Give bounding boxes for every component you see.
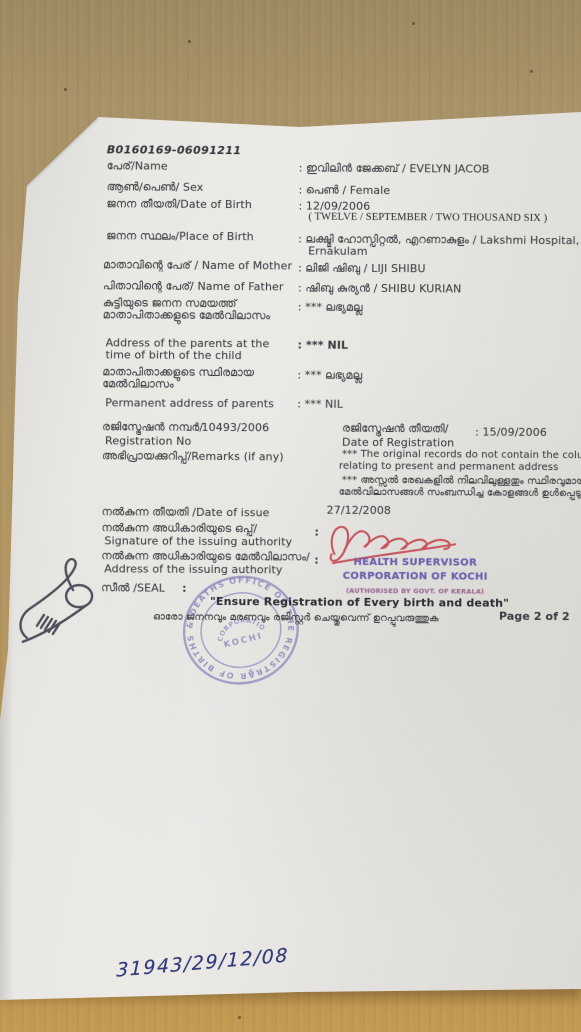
stamp-line2: CORPORATION OF KOCHI bbox=[339, 570, 491, 585]
addr-birth-ml-label-2: മാതാപിതാക്കളുടെ മേൽവിലാസം bbox=[103, 308, 270, 323]
name-value: : ഇവിലിൻ ജേക്കബ് / EVELYN JACOB bbox=[299, 161, 490, 176]
certificate-content: B0160169-06091211 പേര്/Name : ഇവിലിൻ ജേക… bbox=[0, 0, 581, 1032]
page-indicator: Page 2 of 2 bbox=[499, 610, 570, 623]
issue-date-label: നൽകുന്ന തീയതി /Date of issue bbox=[102, 505, 270, 520]
remarks-en-line1: *** The original records do not contain … bbox=[342, 449, 581, 462]
reg-no-label-ml: രജിസ്ട്രേഷൻ നമ്പർ/ bbox=[102, 420, 203, 435]
signature-label-en: Signature of the issuing authority bbox=[104, 534, 292, 548]
authority-stamp: HEALTH SUPERVISOR CORPORATION OF KOCHI (… bbox=[339, 556, 491, 599]
mother-value: : ലിജി ഷിബു / LIJI SHIBU bbox=[298, 261, 426, 276]
authority-address-colon: : bbox=[314, 554, 319, 567]
serial-number: B0160169-06091211 bbox=[107, 143, 242, 157]
signature-colon: : bbox=[314, 526, 319, 539]
remarks-en-line2: relating to present and permanent addres… bbox=[339, 461, 559, 473]
remarks-ml-line1: *** അസ്സൽ രേഖകളിൽ നിലവിലുള്ളതും സ്ഥിരവുമ… bbox=[342, 475, 581, 487]
addr-birth-en-label-2: time of birth of the child bbox=[106, 348, 242, 362]
remarks-label: അഭിപ്രായക്കുറിപ്പ്/Remarks (if any) bbox=[102, 449, 284, 464]
mother-label: മാതാവിന്റെ പേര് / Name of Mother bbox=[103, 258, 292, 273]
reg-date-value: : 15/09/2006 bbox=[475, 426, 547, 439]
photographed-birth-certificate: B0160169-06091211 പേര്/Name : ഇവിലിൻ ജേക… bbox=[0, 0, 581, 1032]
round-office-seal: OFFICE OF THE REGISTRAR OF BIRTHS & DEAT… bbox=[167, 558, 315, 702]
seal-center-text: KOCHI bbox=[223, 631, 264, 650]
seal-ring-text: OFFICE OF THE REGISTRAR OF BIRTHS & DEAT… bbox=[174, 564, 306, 691]
pob-label: ജനന സ്ഥലം/Place of Birth bbox=[106, 229, 254, 244]
addr-birth-en-value: : *** NIL bbox=[298, 338, 349, 351]
addr-perm-ml-label-2: മേൽവിലാസം bbox=[102, 377, 173, 391]
footer-slogan-ml: ഓരോ ജനനവും മരണവും രജിസ്റ്റർ ചെയ്തുവെന്ന്… bbox=[153, 612, 439, 625]
reg-date-label-ml: രജിസ്ട്രേഷൻ തീയതി/ bbox=[342, 422, 448, 437]
father-label: പിതാവിന്റെ പേര്/ Name of Father bbox=[103, 279, 284, 294]
dob-label: ജനന തീയതി/Date of Birth bbox=[106, 197, 251, 212]
footer-slogan-en: "Ensure Registration of Every birth and … bbox=[210, 595, 509, 610]
pob-value-line2: Ernakulam bbox=[308, 245, 368, 258]
svg-text:OFFICE OF THE REGISTRAR OF BIR: OFFICE OF THE REGISTRAR OF BIRTHS & DEAT… bbox=[174, 564, 306, 691]
addr-perm-en-value: : *** NIL bbox=[297, 397, 343, 410]
addr-perm-en-label: Permanent address of parents bbox=[105, 396, 274, 410]
stamp-line1: HEALTH SUPERVISOR bbox=[339, 556, 491, 571]
name-label: പേര്/Name bbox=[107, 159, 168, 173]
reg-date-label-en: Date of Registration bbox=[342, 436, 454, 450]
reg-no-value: : 10493/2006 bbox=[194, 421, 269, 434]
remarks-ml-line2: മേൽവിലാസങ്ങൾ സംബന്ധിച്ച കോളങ്ങൾ ഉൾപ്പെടു… bbox=[339, 487, 581, 500]
sex-value: : പെൺ / Female bbox=[299, 183, 391, 198]
seal-star-icon: ✶ bbox=[247, 666, 256, 676]
addr-perm-ml-value: : *** ലഭ്യമല്ല bbox=[297, 368, 362, 382]
addr-birth-ml-value: : *** ലഭ്യമല്ല bbox=[298, 300, 363, 314]
father-value: : ഷിബു കുര്യൻ / SHIBU KURIAN bbox=[298, 281, 462, 296]
dob-in-words: ( TWELVE / SEPTEMBER / TWO THOUSAND SIX … bbox=[308, 212, 547, 224]
sex-label: ആൺ/പെൺ/ Sex bbox=[107, 180, 204, 195]
reg-no-label-en: Registration No bbox=[105, 434, 191, 448]
seal-label: സീൽ /SEAL bbox=[101, 581, 165, 595]
handwritten-scribble-signature bbox=[13, 552, 104, 653]
